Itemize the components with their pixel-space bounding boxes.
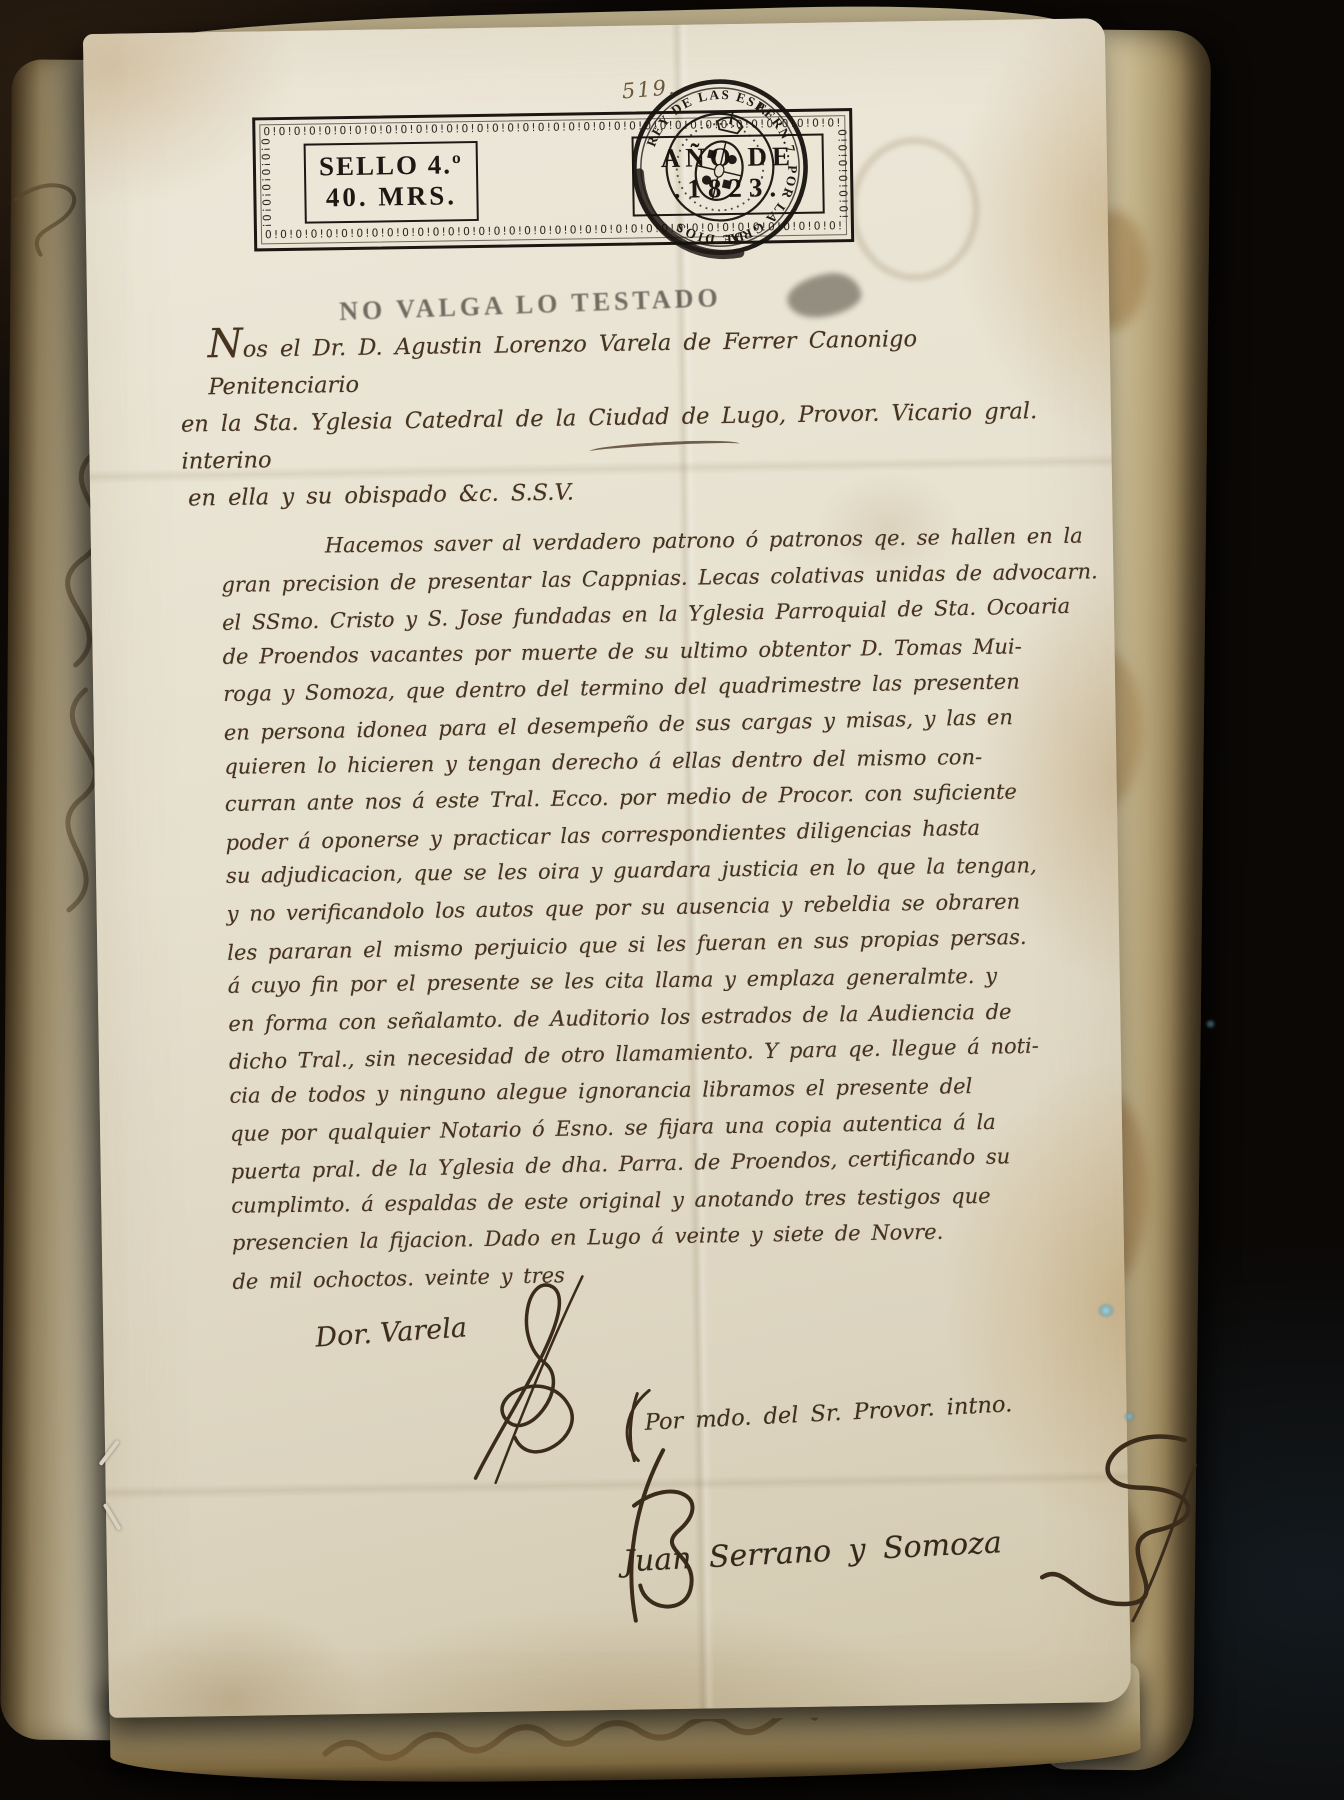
castle-quarter: [707, 149, 717, 159]
lion-quarter: [701, 175, 712, 186]
stamp-sello-class: SELLO 4.º: [306, 149, 476, 183]
bourbon-escutcheon: [713, 163, 725, 178]
stamp-ornament-border-left: O!O!O!O!O!O!O!: [257, 138, 271, 230]
folio-number-annotation: 519.: [621, 75, 678, 104]
castle-quarter: [722, 179, 732, 189]
glare-spot: [1124, 1412, 1135, 1421]
bleedthrough-seal-mark: [849, 136, 981, 282]
document-heading: Nos el Dr. D. Agustin Lorenzo Varela de …: [180, 319, 1063, 518]
glare-spot: [1098, 1304, 1114, 1317]
overstamp-ink-smudge: [784, 269, 864, 322]
lion-quarter: [727, 154, 738, 165]
photo-canvas: { "photo": { "background_color": "#0b080…: [0, 0, 1344, 1800]
manuscript-sheet: O!O!O!O!O!O!O!O!O!O!O!O!O!O!O!O!O!O!O!O!…: [83, 18, 1131, 1718]
document-body: Hacemos saver al verdadero patrono ó pat…: [221, 516, 1113, 1298]
serrano-rubric-initial: [603, 1444, 736, 1626]
stamp-denomination-box: SELLO 4.º 40. MRS.: [304, 141, 479, 224]
varela-signature-rubric: [432, 1266, 625, 1489]
glare-spot: [1206, 1020, 1215, 1028]
heading-line: Nos el Dr. D. Agustin Lorenzo Varela de …: [208, 319, 1061, 406]
heading-line: en la Sta. Yglesia Catedral de la Ciudad…: [181, 393, 1062, 481]
bottom-edge-writing: [320, 1716, 921, 1775]
seal-ink-smudge: [625, 173, 752, 260]
stamp-sello-value: 40. MRS.: [306, 180, 476, 214]
revenue-stamp: O!O!O!O!O!O!O!O!O!O!O!O!O!O!O!O!O!O!O!O!…: [252, 108, 854, 251]
stamp-ornament-border-right: O!O!O!O!O!O!O!: [834, 129, 848, 221]
binding-stitch: [103, 1503, 122, 1531]
serrano-signature-rubric: [1035, 1424, 1228, 1627]
overstamp-text: NO VALGA LO TESTADO: [339, 280, 810, 327]
